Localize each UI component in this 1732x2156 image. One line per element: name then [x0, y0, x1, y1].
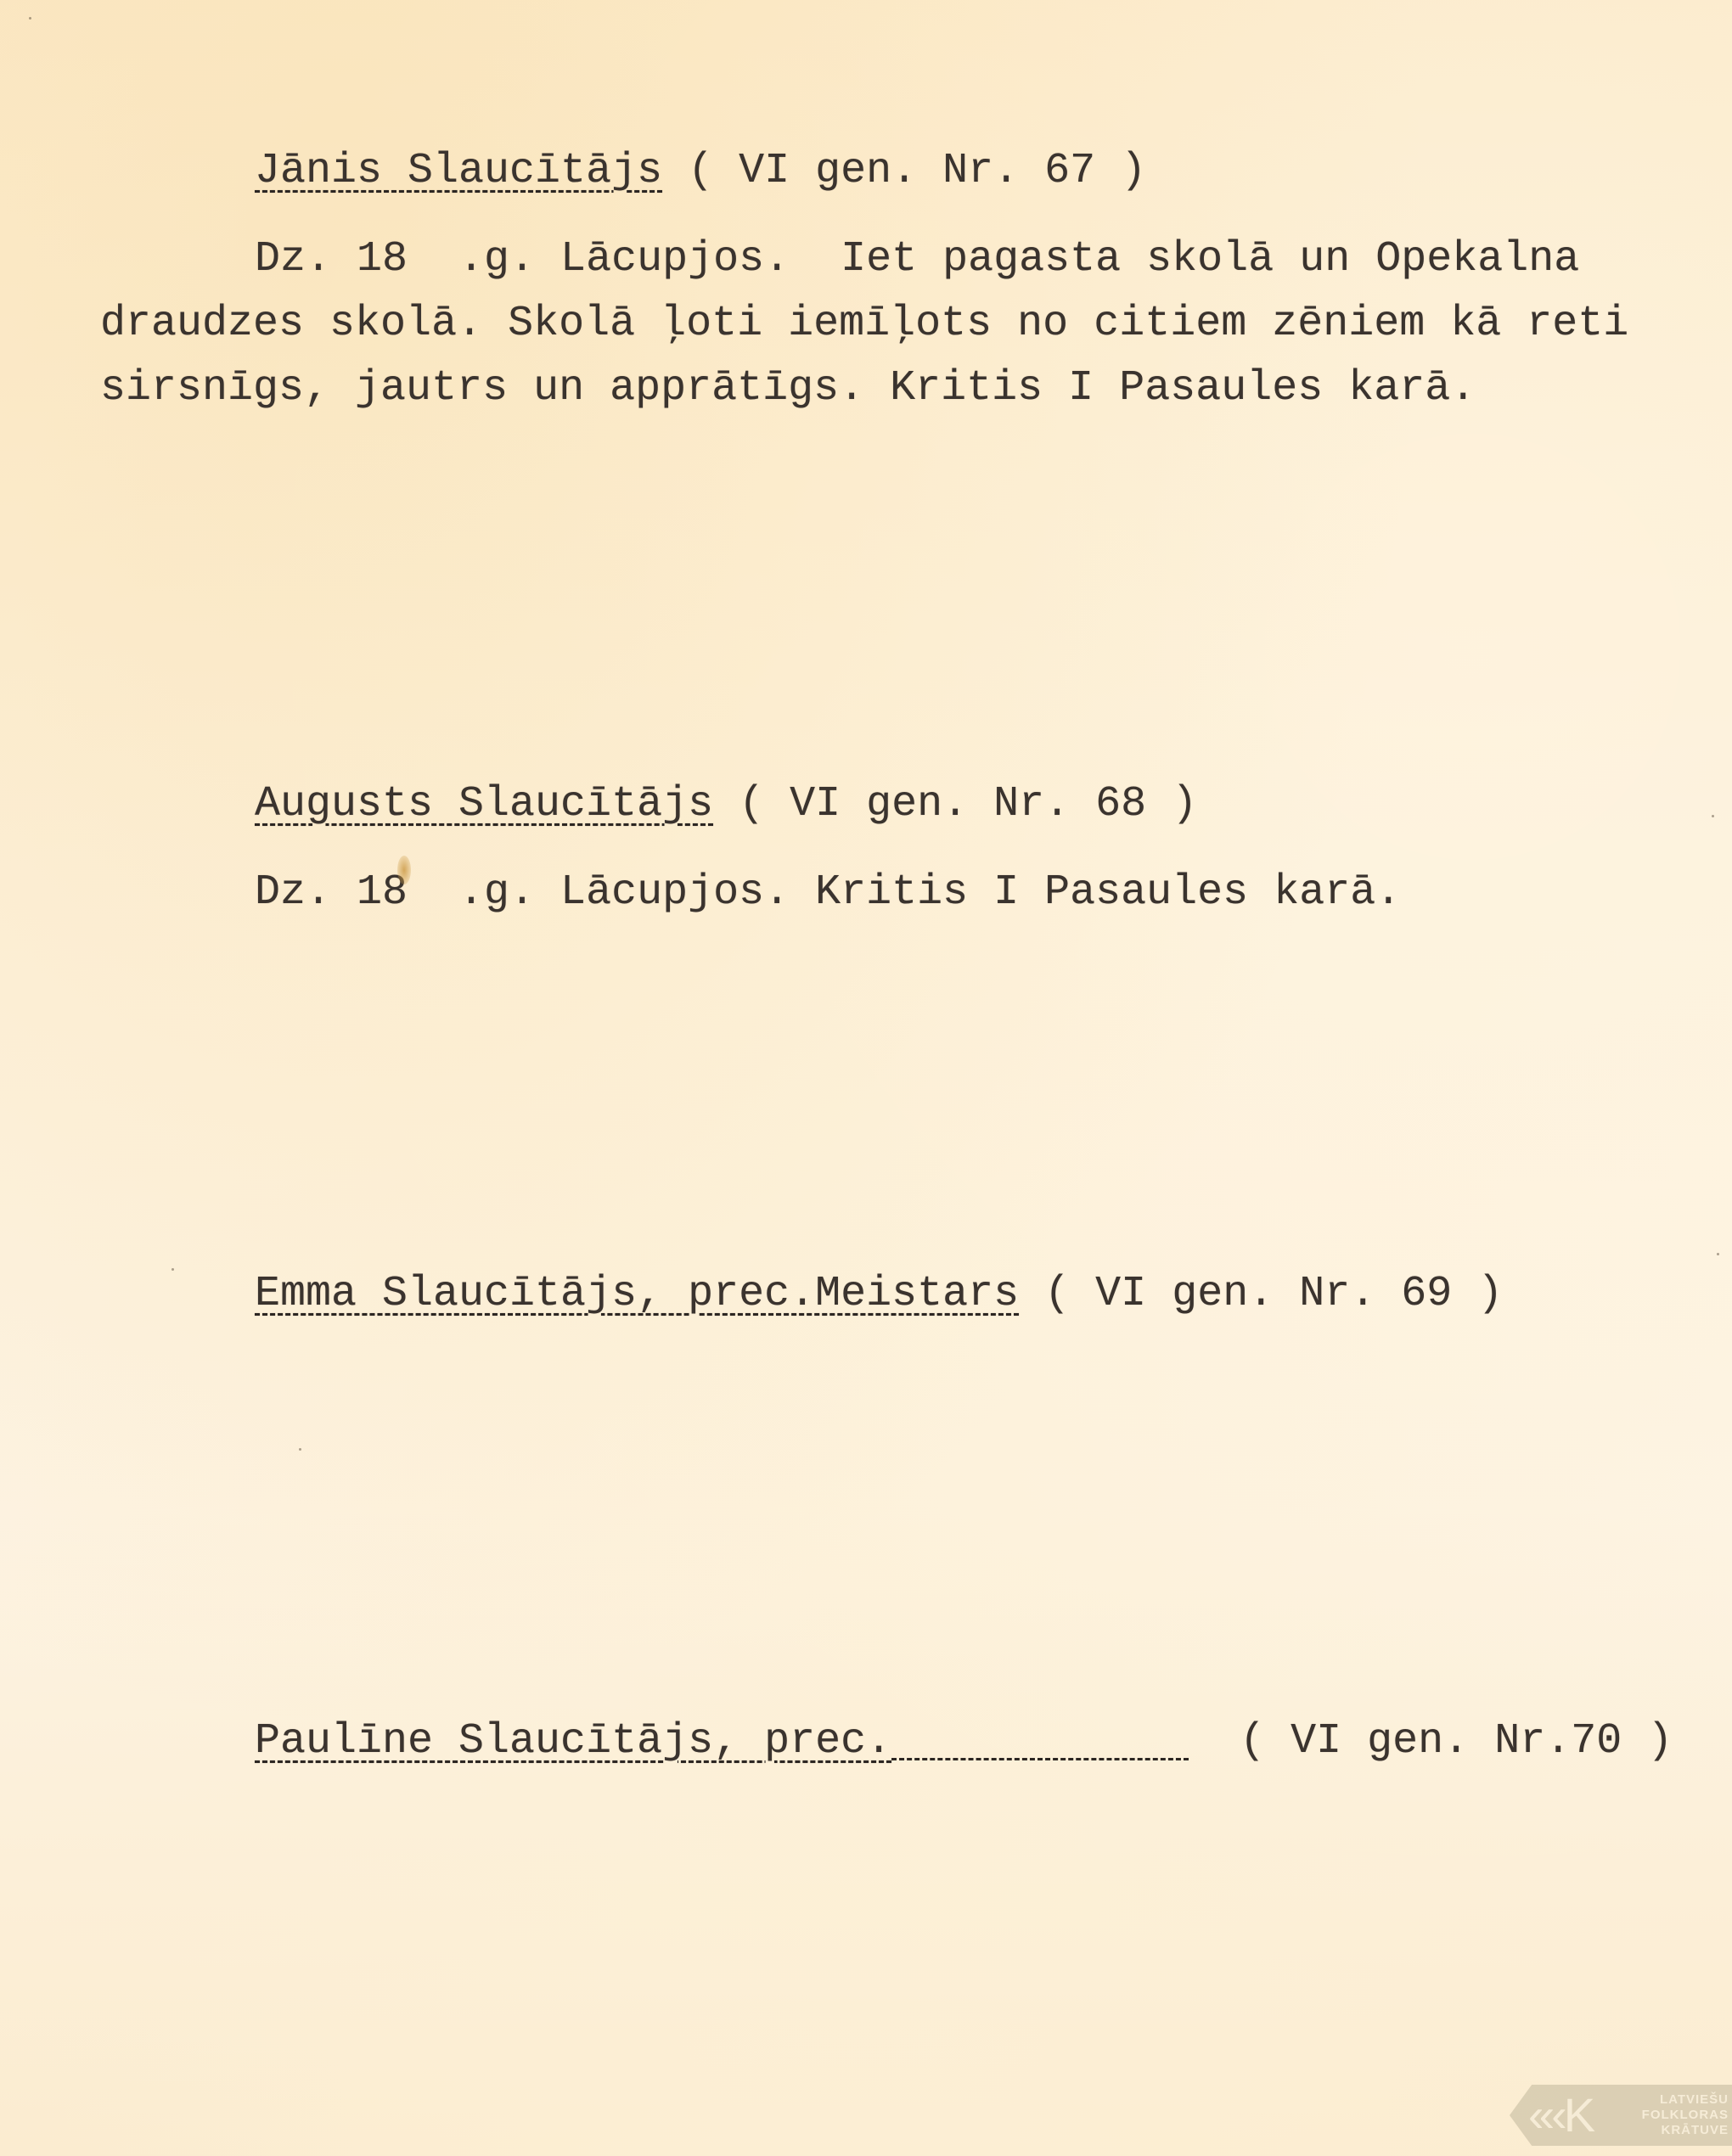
blank-fill-line — [891, 1757, 1189, 1760]
entry-heading: Emma Slaucītājs, prec.Meistars ( VI gen.… — [255, 1269, 1503, 1320]
document-page: Jānis Slaucītājs ( VI gen. Nr. 67 ) Dz. … — [0, 0, 1732, 2156]
entry-heading: Paulīne Slaucītājs, prec. ( VI gen. Nr.7… — [255, 1716, 1673, 1767]
paper-speck — [29, 17, 31, 20]
generation-label: ( VI gen. Nr.70 ) — [1240, 1717, 1673, 1766]
generation-label: ( VI gen. Nr. 67 ) — [688, 147, 1146, 195]
person-name: Paulīne Slaucītājs, prec. — [255, 1717, 891, 1766]
paper-speck — [1712, 815, 1714, 817]
body-line: Dz. 18 .g. Lācupjos. Iet pagasta skolā u… — [255, 234, 1579, 285]
logo-line: KRĀTUVE — [1637, 2123, 1729, 2138]
logo-mark: «‹K — [1528, 2090, 1592, 2141]
body-line: sirsnīgs, jautrs un apprātīgs. Kritis I … — [100, 363, 1476, 414]
logo-line: LATVIEŠU — [1637, 2092, 1729, 2108]
logo-text: LATVIEŠU FOLKLORAS KRĀTUVE — [1637, 2092, 1729, 2138]
person-name: Emma Slaucītājs, prec.Meistars — [255, 1270, 1019, 1318]
person-name: Jānis Slaucītājs — [255, 147, 662, 195]
logo-line: FOLKLORAS — [1637, 2108, 1729, 2123]
paper-speck — [299, 1448, 301, 1451]
generation-label: ( VI gen. Nr. 68 ) — [739, 780, 1197, 828]
generation-label: ( VI gen. Nr. 69 ) — [1044, 1270, 1503, 1318]
archive-logo: «‹K LATVIEŠU FOLKLORAS KRĀTUVE — [1510, 2085, 1732, 2146]
paper-speck — [1717, 1253, 1719, 1255]
person-name: Augusts Slaucītājs — [255, 780, 713, 828]
paper-speck — [172, 1268, 174, 1271]
paper-stain — [397, 856, 411, 884]
body-line: draudzes skolā. Skolā ļoti iemīļots no c… — [100, 299, 1628, 350]
entry-heading: Augusts Slaucītājs ( VI gen. Nr. 68 ) — [255, 779, 1197, 830]
body-line: Dz. 18 .g. Lācupjos. Kritis I Pasaules k… — [255, 867, 1401, 918]
entry-heading: Jānis Slaucītājs ( VI gen. Nr. 67 ) — [255, 146, 1146, 197]
